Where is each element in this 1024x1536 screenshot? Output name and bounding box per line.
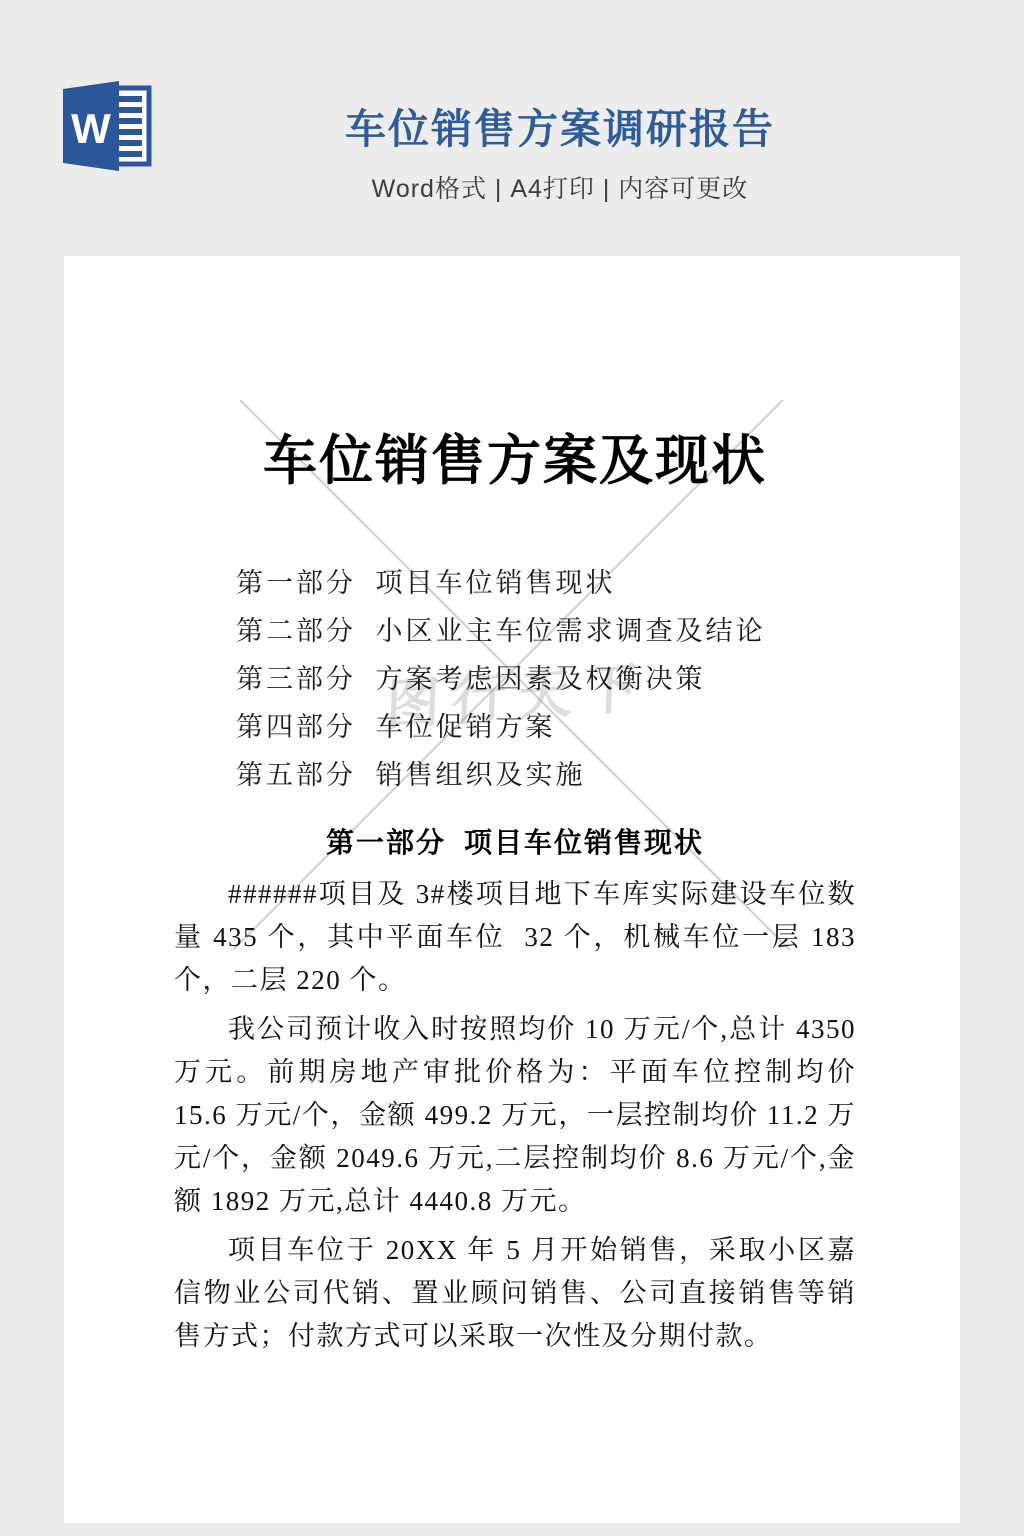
section-heading: 第一部分 项目车位销售现状 <box>174 821 856 861</box>
toc-item-4: 第四部分 车位促销方案 <box>236 703 856 751</box>
toc-item-2: 第二部分 小区业主车位需求调查及结论 <box>236 607 856 655</box>
template-header: W 车位销售方案调研报告 Word格式 | A4打印 | 内容可更改 <box>0 0 1024 256</box>
toc-item-1: 第一部分 项目车位销售现状 <box>236 559 856 607</box>
table-of-contents: 第一部分 项目车位销售现状 第二部分 小区业主车位需求调查及结论 第三部分 方案… <box>174 559 856 799</box>
body-paragraph: 我公司预计收入时按照均价 10 万元/个,总计 4350 万元。前期房地产审批价… <box>174 1008 856 1223</box>
header-text-block: 车位销售方案调研报告 Word格式 | A4打印 | 内容可更改 <box>0 0 1024 205</box>
document-page: 图行天下 车位销售方案及现状 第一部分 项目车位销售现状 第二部分 小区业主车位… <box>64 256 960 1523</box>
toc-item-3: 第三部分 方案考虑因素及权衡决策 <box>236 655 856 703</box>
body-paragraph: 项目车位于 20XX 年 5 月开始销售，采取小区嘉信物业公司代销、置业顾问销售… <box>174 1229 856 1358</box>
document-title: 车位销售方案及现状 <box>174 256 856 495</box>
body-paragraph: ######项目及 3#楼项目地下车库实际建设车位数量 435 个，其中平面车位… <box>174 873 856 1002</box>
document-content: 车位销售方案及现状 第一部分 项目车位销售现状 第二部分 小区业主车位需求调查及… <box>64 256 960 1358</box>
template-title: 车位销售方案调研报告 <box>96 96 1024 155</box>
toc-item-5: 第五部分 销售组织及实施 <box>236 751 856 799</box>
template-subtitle: Word格式 | A4打印 | 内容可更改 <box>96 169 1024 205</box>
